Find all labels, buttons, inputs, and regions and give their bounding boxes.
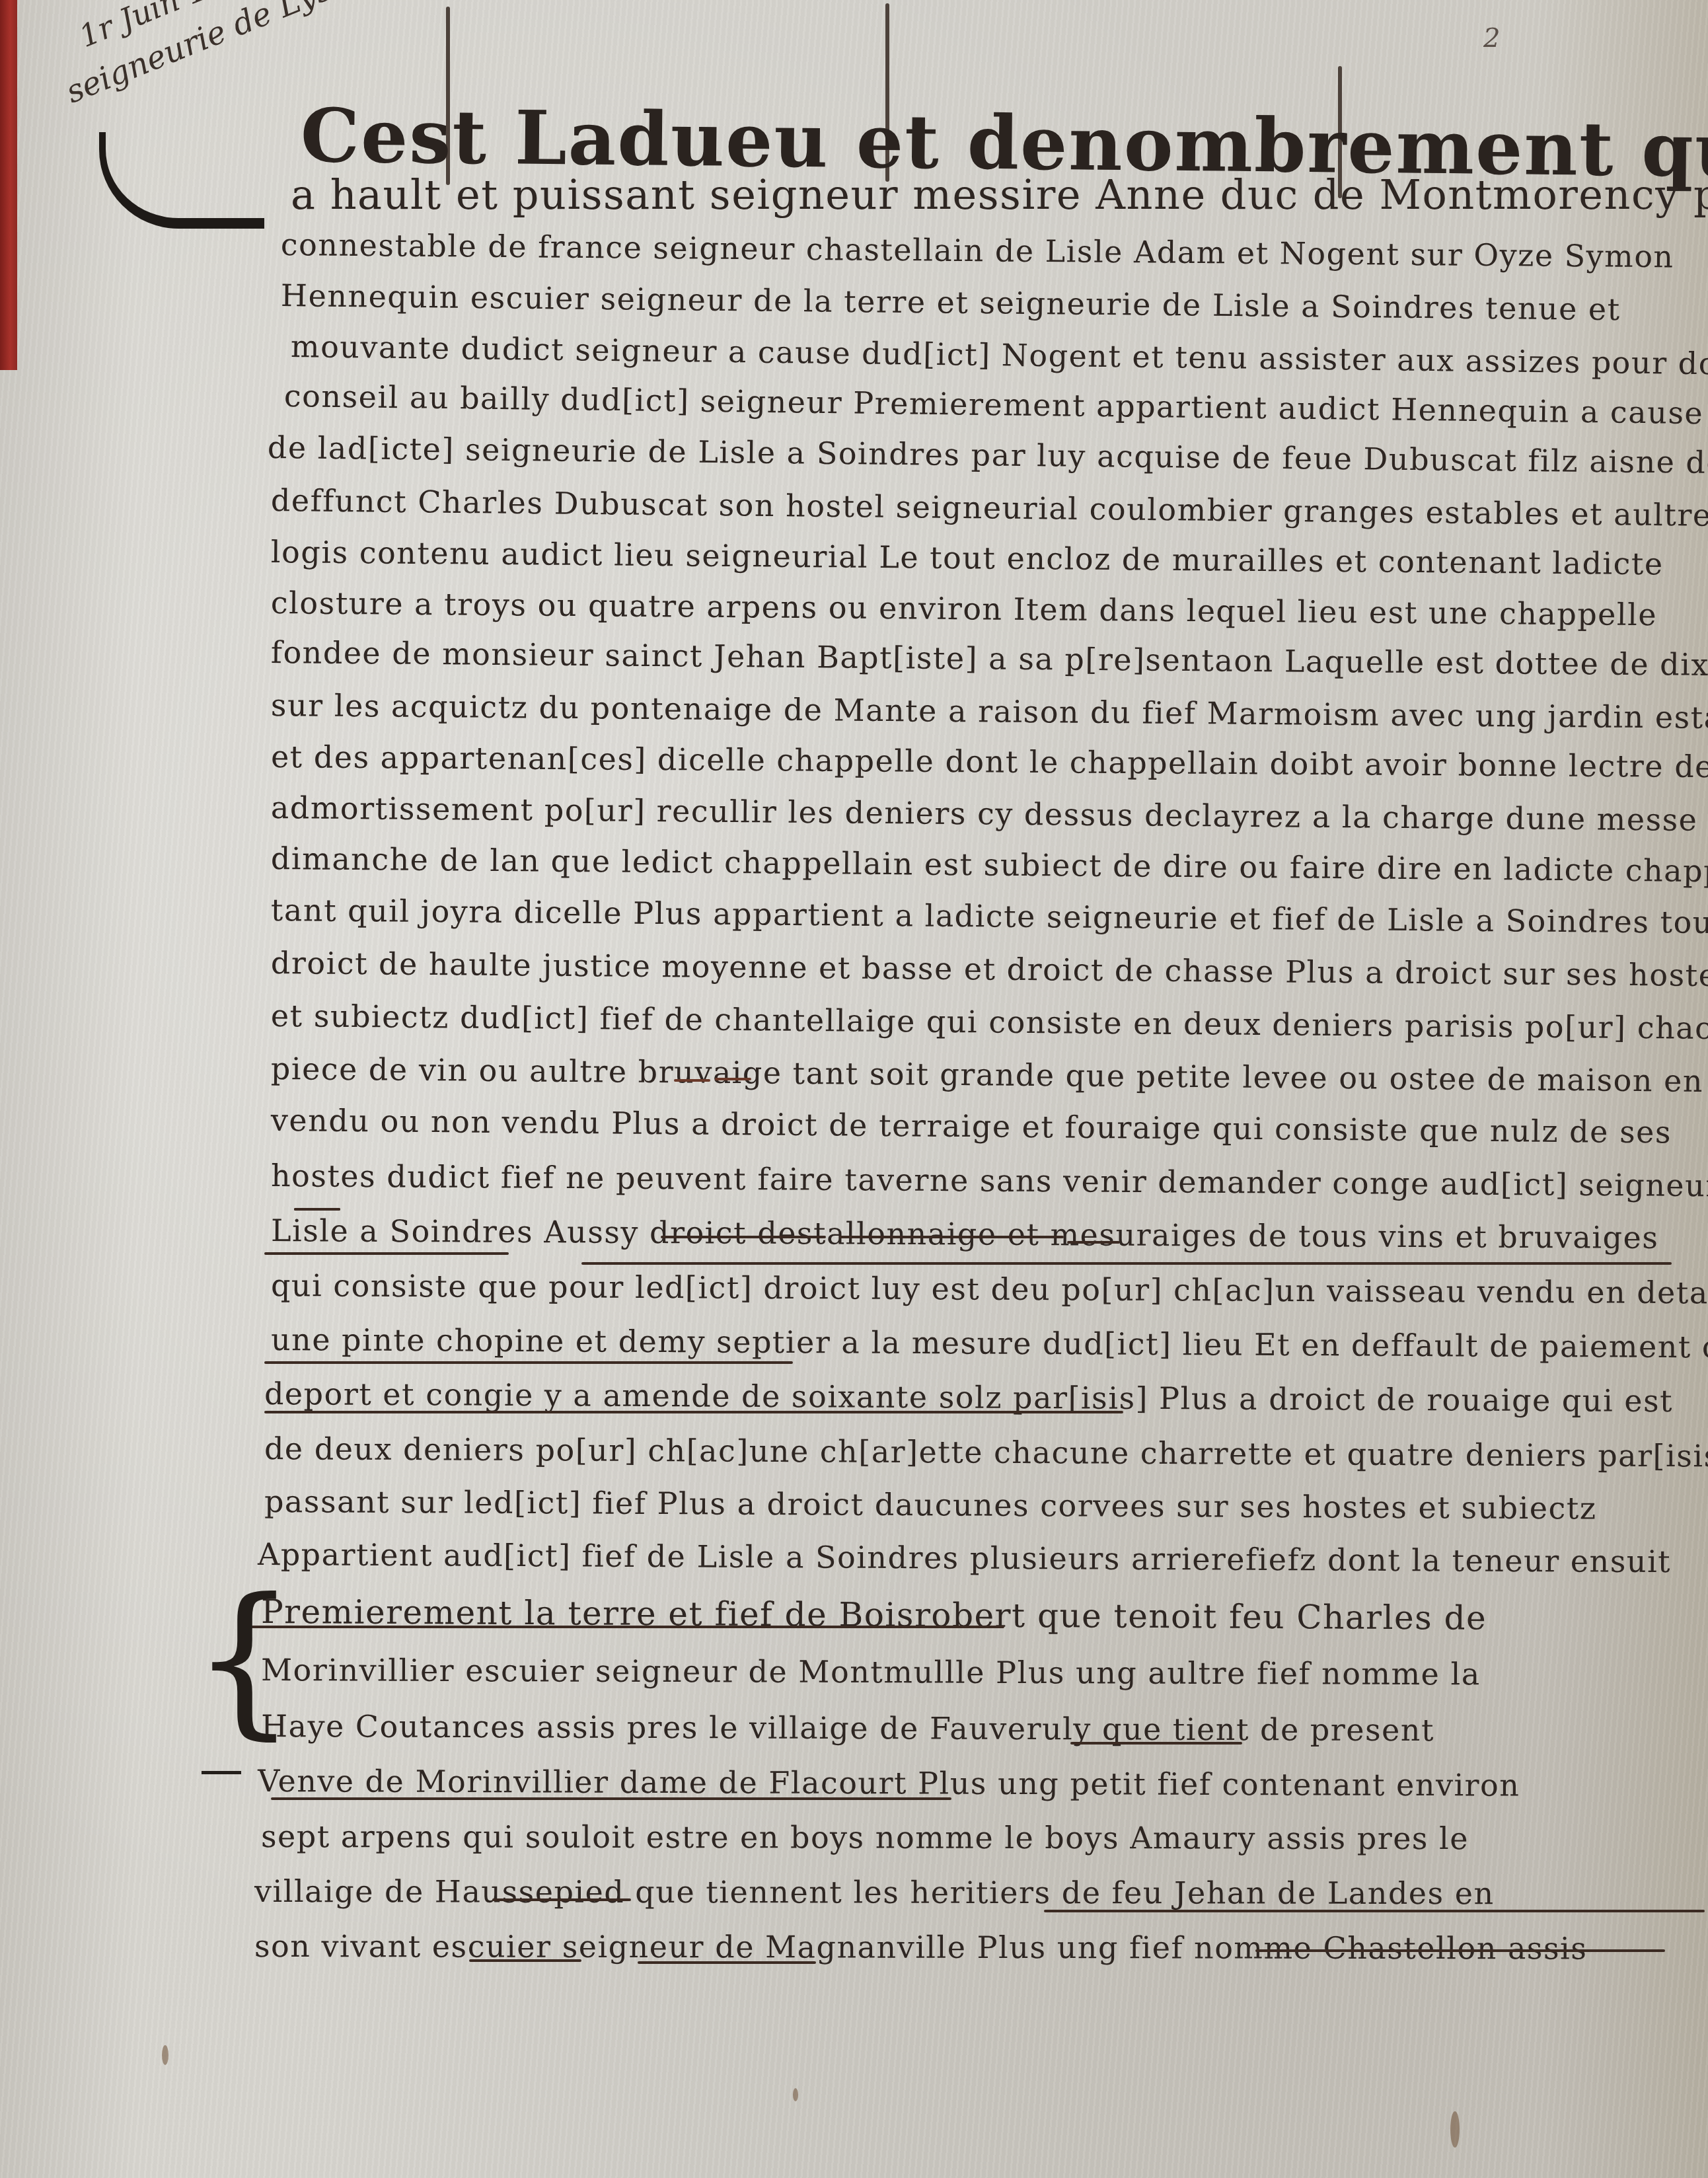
text-line: piece de vin ou aultre bruvaige tant soi…	[271, 1051, 1708, 1100]
underline-mark	[1070, 1742, 1242, 1745]
underline-mark	[715, 1078, 751, 1080]
underline-mark	[1044, 1910, 1705, 1912]
underline-mark	[839, 1236, 1064, 1238]
ink-speck	[1450, 2111, 1460, 2148]
text-line: connestable de france seigneur chastella…	[281, 227, 1674, 274]
folio-number: 2	[1483, 23, 1500, 54]
text-line: Hennequin escuier seigneur de la terre e…	[281, 278, 1621, 327]
margin-bracket: {	[192, 1576, 297, 1741]
text-line: Haye Coutances assis pres le villaige de…	[261, 1708, 1434, 1748]
text-line: villaige de Haussepied que tiennent les …	[254, 1873, 1495, 1911]
text-line: tant quil joyra dicelle Plus appartient …	[271, 892, 1708, 940]
underline-mark	[492, 1898, 631, 1901]
text-line: Appartient aud[ict] fief de Lisle a Soin…	[258, 1536, 1671, 1579]
text-line: une pinte chopine et demy septier a la m…	[271, 1322, 1708, 1365]
manuscript-page: 1r Juin 15.. seigneurie de Lysle [..] fo…	[0, 0, 1708, 2178]
text-line: closture a troys ou quatre arpens ou env…	[271, 585, 1658, 632]
underline-mark	[661, 1236, 826, 1238]
underline-mark	[1067, 1241, 1120, 1244]
text-line: qui consiste que pour led[ict] droict lu…	[271, 1267, 1708, 1312]
text-line: sept arpens qui souloit estre en boys no…	[261, 1819, 1469, 1856]
underline-mark	[264, 1252, 509, 1255]
underline-mark	[264, 1361, 793, 1364]
text-line: Lisle a Soindres Aussy droict destallonn…	[271, 1213, 1659, 1256]
text-line: Morinvillier escuier seigneur de Montmul…	[261, 1652, 1481, 1692]
text-line: droict de haulte justice moyenne et bass…	[271, 945, 1708, 993]
underline-mark	[469, 1959, 581, 1962]
underline-mark	[674, 1079, 710, 1082]
text-line: deffunct Charles Dubuscat son hostel sei…	[271, 482, 1708, 533]
margin-dash	[202, 1771, 241, 1774]
underline-mark	[1255, 1949, 1665, 1952]
underline-mark	[638, 1961, 816, 1964]
underline-mark	[271, 1797, 951, 1800]
underline-mark	[581, 1262, 1672, 1265]
text-line: passant sur led[ict] fief Plus a droict …	[264, 1483, 1597, 1526]
text-line: logis contenu audict lieu seigneurial Le…	[271, 534, 1664, 582]
text-line: hostes dudict fief ne peuvent faire tave…	[271, 1158, 1708, 1204]
text-line: dimanche de lan que ledict chappellain e…	[271, 841, 1708, 889]
text-line: fondee de monsieur sainct Jehan Bapt[ist…	[271, 634, 1708, 685]
text-line: de lad[icte] seigneurie de Lisle a Soind…	[268, 430, 1708, 480]
text-line: conseil au bailly dud[ict] seigneur Prem…	[284, 378, 1704, 431]
text-line: sur les acquictz du pontenaige de Mante …	[271, 687, 1708, 737]
text-line: mouvante dudict seigneur a cause dud[ict…	[291, 328, 1708, 383]
text-line: et subiectz dud[ict] fief de chantellaig…	[271, 998, 1708, 1047]
text-line: son vivant escuier seigneur de Magnanvil…	[254, 1928, 1587, 1967]
ink-speck	[162, 2045, 168, 2065]
decorated-initial-c	[99, 132, 264, 229]
text-line: a hault et puissant seigneur messire Ann…	[291, 170, 1708, 219]
underline-mark	[294, 1208, 340, 1211]
underline-mark	[264, 1411, 1123, 1413]
red-binding-edge	[0, 0, 17, 370]
text-line: vendu ou non vendu Plus a droict de terr…	[271, 1102, 1672, 1150]
text-line: de deux deniers po[ur] ch[ac]une ch[ar]e…	[264, 1431, 1708, 1476]
text-line: admortissement po[ur] recullir les denie…	[271, 790, 1708, 840]
underline-mark	[251, 1626, 1004, 1628]
ink-speck	[793, 2088, 798, 2101]
text-line: et des appartenan[ces] dicelle chappelle…	[271, 739, 1708, 786]
text-line: Premierement la terre et fief de Boisrob…	[261, 1593, 1487, 1637]
